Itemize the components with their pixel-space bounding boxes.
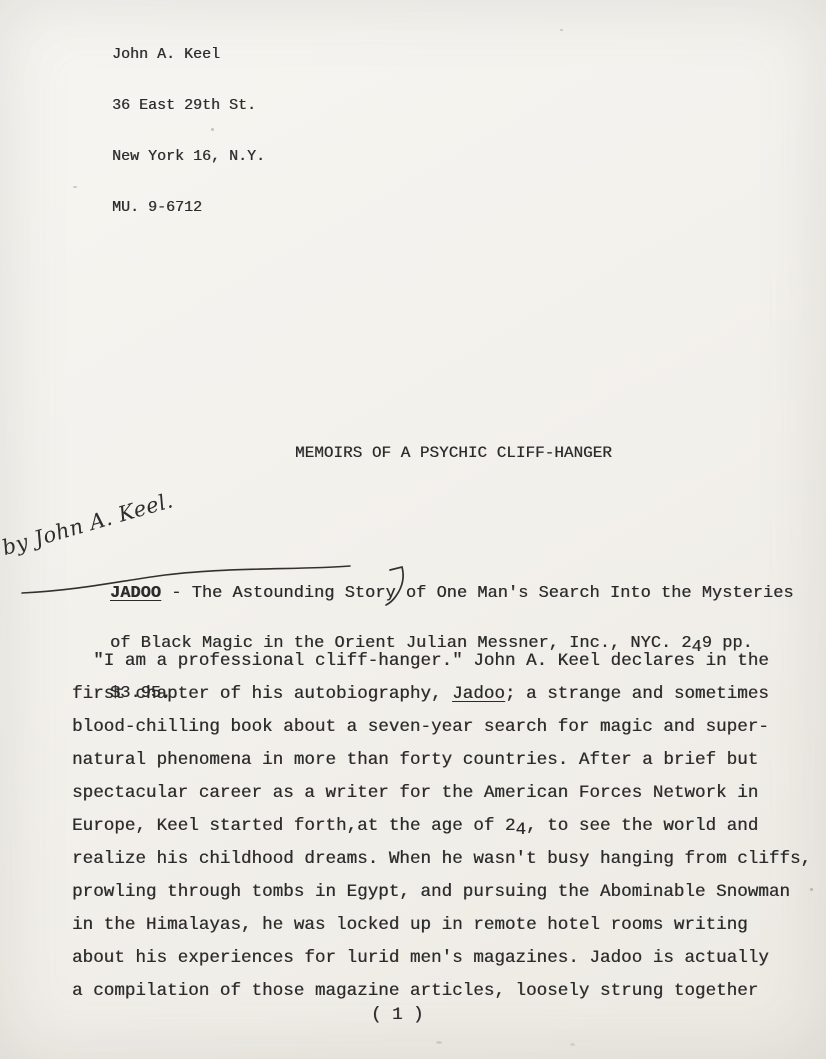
author-phone: MU. 9-6712 — [112, 199, 265, 216]
body-line: first chapter of his autobiography, Jado… — [72, 678, 811, 711]
typewritten-page: John A. Keel 36 East 29th St. New York 1… — [0, 0, 826, 1059]
paper-speck — [211, 128, 214, 131]
author-city: New York 16, N.Y. — [112, 148, 265, 165]
body-line: Europe, Keel started forth,at the age of… — [72, 810, 811, 843]
author-street: 36 East 29th St. — [112, 97, 265, 114]
body-line: a compilation of those magazine articles… — [72, 975, 811, 1008]
citation-line-1: JADOO - The Astounding Story of One Man'… — [110, 586, 794, 603]
body-line: spectacular career as a writer for the A… — [72, 777, 811, 810]
body-line: about his experiences for lurid men's ma… — [72, 942, 811, 975]
author-address-block: John A. Keel 36 East 29th St. New York 1… — [112, 12, 265, 250]
body-line: prowling through tombs in Egypt, and pur… — [72, 876, 811, 909]
paper-speck — [570, 1043, 575, 1046]
paper-speck — [73, 186, 77, 188]
book-title: JADOO — [110, 584, 161, 603]
paper-speck — [560, 29, 563, 31]
citation-line1-text: - The Astounding Story of One Man's Sear… — [161, 584, 794, 603]
author-name: John A. Keel — [112, 46, 265, 63]
body-line: in the Himalayas, he was locked up in re… — [72, 909, 811, 942]
book-title-inline: Jadoo — [452, 684, 505, 704]
handwritten-byline: by John A. Keel. — [0, 488, 176, 560]
dropped-digit: 4 — [515, 820, 526, 840]
paper-speck — [810, 888, 813, 891]
page-number: ( 1 ) — [371, 1005, 424, 1025]
body-line: realize his childhood dreams. When he wa… — [72, 843, 811, 876]
body-line: blood-chilling book about a seven-year s… — [72, 711, 811, 744]
body-line: natural phenomena in more than forty cou… — [72, 744, 811, 777]
body-line: "I am a professional cliff-hanger." John… — [72, 645, 811, 678]
body-text: "I am a professional cliff-hanger." John… — [72, 645, 811, 1008]
paper-speck — [436, 1041, 442, 1044]
page-title: MEMOIRS OF A PSYCHIC CLIFF-HANGER — [295, 444, 612, 462]
